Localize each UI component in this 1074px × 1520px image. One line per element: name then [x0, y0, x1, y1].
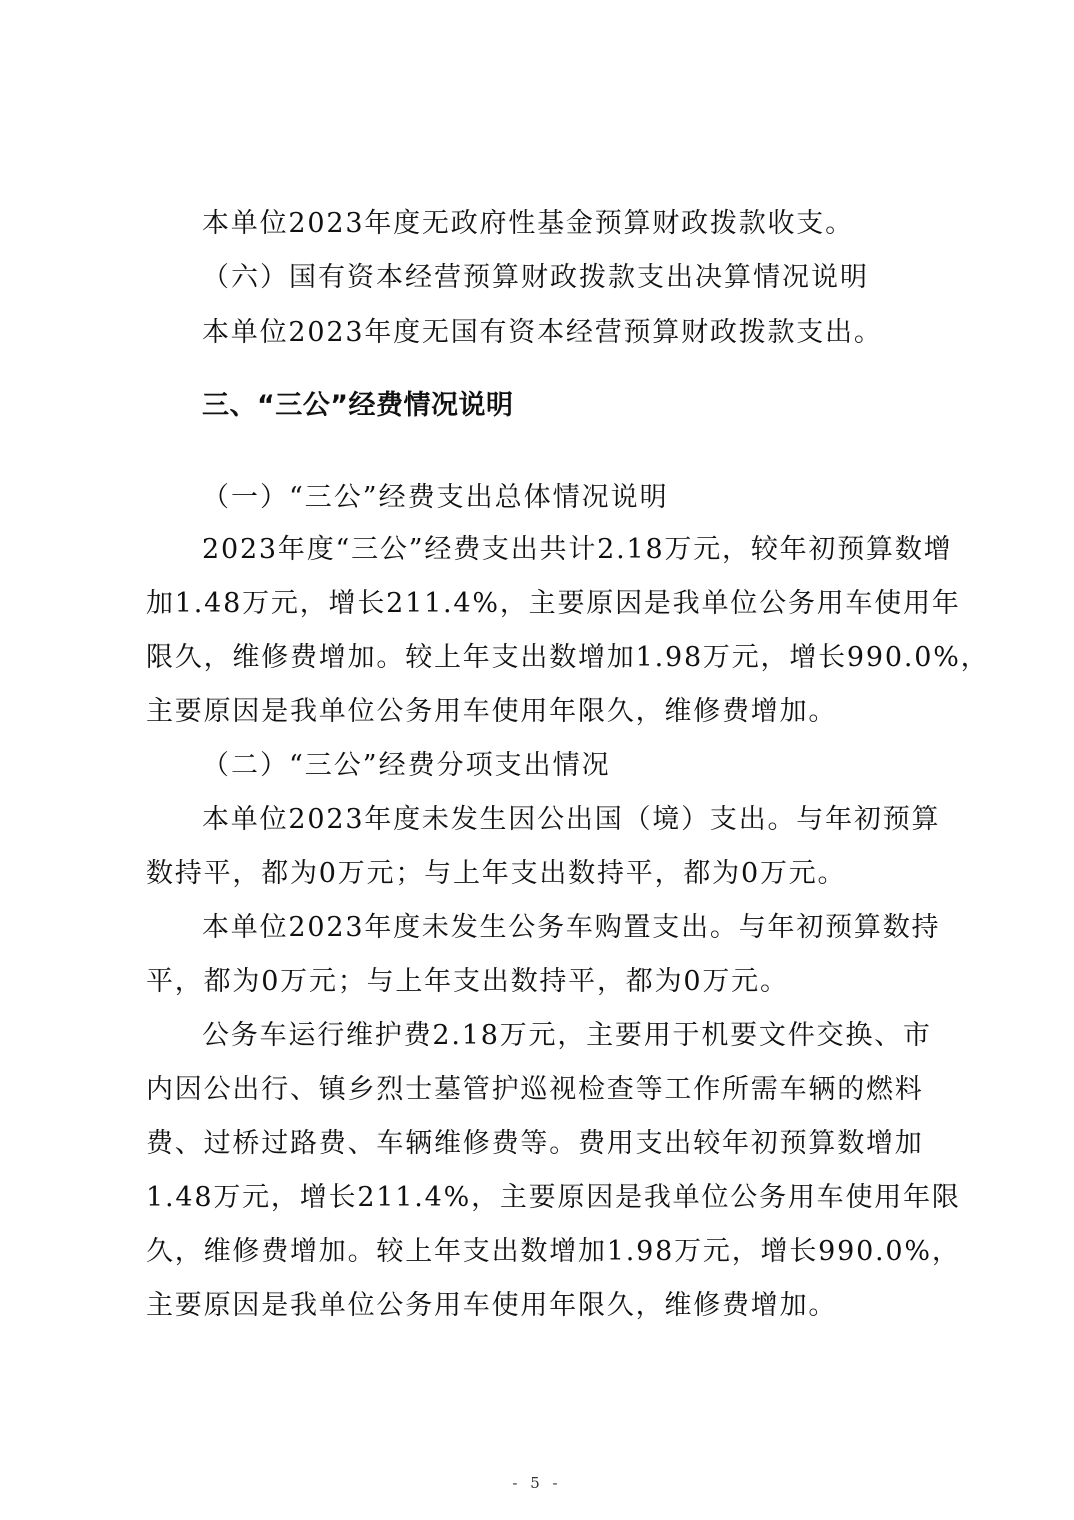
- document-page: 本单位2023年度无政府性基金预算财政拨款收支。 （六）国有资本经营预算财政拨款…: [0, 0, 1074, 1520]
- paragraph-line: 本单位2023年度无国有资本经营预算财政拨款支出。: [202, 315, 1002, 351]
- page-number: - 5 -: [0, 1474, 1074, 1492]
- paragraph-line: 2023年度“三公”经费支出共计2.18万元，较年初预算数增: [202, 532, 1002, 568]
- section-heading-three-public: 三、“三公”经费情况说明: [202, 388, 1002, 424]
- paragraph-line: 费、过桥过路费、车辆维修费等。费用支出较年初预算数增加: [146, 1126, 946, 1162]
- paragraph-line: 主要原因是我单位公务用车使用年限久，维修费增加。: [146, 694, 946, 730]
- paragraph-line: 限久，维修费增加。较上年支出数增加1.98万元，增长990.0%，: [146, 640, 946, 676]
- paragraph-line: 主要原因是我单位公务用车使用年限久，维修费增加。: [146, 1288, 946, 1324]
- paragraph-line: 1.48万元，增长211.4%，主要原因是我单位公务用车使用年限: [146, 1180, 946, 1216]
- paragraph-line: 本单位2023年度无政府性基金预算财政拨款收支。: [202, 206, 1002, 242]
- paragraph-line: 本单位2023年度未发生公务车购置支出。与年初预算数持: [202, 910, 1002, 946]
- paragraph-line: 内因公出行、镇乡烈士墓管护巡视检查等工作所需车辆的燃料: [146, 1072, 946, 1108]
- paragraph-line: 加1.48万元，增长211.4%，主要原因是我单位公务用车使用年: [146, 586, 946, 622]
- paragraph-line: 久，维修费增加。较上年支出数增加1.98万元，增长990.0%，: [146, 1234, 946, 1270]
- paragraph-line: 本单位2023年度未发生因公出国（境）支出。与年初预算: [202, 802, 1002, 838]
- subheading-itemized: （二）“三公”经费分项支出情况: [202, 748, 1002, 784]
- paragraph-line: 平，都为0万元；与上年支出数持平，都为0万元。: [146, 964, 946, 1000]
- subheading-state-capital: （六）国有资本经营预算财政拨款支出决算情况说明: [202, 260, 1002, 296]
- subheading-overall: （一）“三公”经费支出总体情况说明: [202, 480, 1002, 516]
- paragraph-line: 公务车运行维护费2.18万元，主要用于机要文件交换、市: [202, 1018, 1002, 1054]
- paragraph-line: 数持平，都为0万元；与上年支出数持平，都为0万元。: [146, 856, 946, 892]
